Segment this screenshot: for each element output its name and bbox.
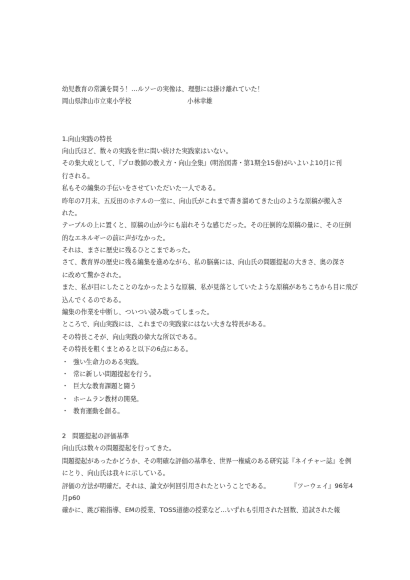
body-line: 的なエネルギーの前に声がなかった。 bbox=[62, 233, 353, 245]
citation-text: 評価の方法が明確だ。それは、論文が何回引用されたということである。 bbox=[62, 481, 270, 493]
bullet-item: 強い生命力のある実践。 bbox=[62, 357, 353, 369]
bullet-item: 常に新しい問題提起を行う。 bbox=[62, 369, 353, 381]
byline: 岡山県津山市立東小学校小林幸雄 bbox=[62, 96, 353, 108]
body-line: その特長を粗くまとめると以下の6点にある。 bbox=[62, 344, 353, 356]
body-line: に改めて驚かされた。 bbox=[62, 270, 353, 282]
byline-author: 小林幸雄 bbox=[187, 98, 212, 105]
citation-ref: 『ツーウェイ』96年4 bbox=[291, 481, 353, 493]
citation-line: 評価の方法が明確だ。それは、論文が何回引用されたということである。『ツーウェイ』… bbox=[62, 481, 353, 493]
section-heading: 1.向山実践の特長 bbox=[62, 134, 353, 146]
body-line: テーブルの上に置くと、原稿の山が今にも崩れそうな感じだった。その圧倒的な原稿の量… bbox=[62, 220, 353, 232]
bullet-item: 巨大な教育課題と闘う bbox=[62, 381, 353, 393]
body-line: 問題提起があったかどうか、その明確な評価の基準を、世界一権威のある研究誌『ネイチ… bbox=[62, 456, 353, 468]
document-title: 幼児教育の常識を問う！…ルソーの実像は、理想には掛け離れていた！ bbox=[62, 84, 353, 96]
body-line: また、私が目にしたことのなかったような原稿、私が見落としていたような原稿があちこ… bbox=[62, 282, 353, 294]
bullet-item: ホームラン教材の開発。 bbox=[62, 394, 353, 406]
body-line: その集大成として、『プロ教師の教え方・向山全集』(明治図書・第1期全15巻)がい… bbox=[62, 158, 353, 170]
body-line: 向山氏ほど、数々の実践を世に問い続けた実践家はいない。 bbox=[62, 146, 353, 158]
section-heading: 2 問題提起の評価基準 bbox=[62, 431, 353, 443]
body-line: 昨年の7月末、五反田のホテルの一室に、向山氏がこれまで書き溜めてきた山のような原… bbox=[62, 196, 353, 208]
blank-line bbox=[62, 121, 353, 133]
body-line: にとり、向山氏は我々に示している。 bbox=[62, 468, 353, 480]
blank-line bbox=[62, 109, 353, 121]
blank-line bbox=[62, 419, 353, 431]
body-line: 込んでくるのである。 bbox=[62, 295, 353, 307]
byline-affiliation: 岡山県津山市立東小学校 bbox=[62, 98, 131, 105]
body-line: 編集の作業を中断し、ついつい読み耽ってしまった。 bbox=[62, 307, 353, 319]
body-line: 確かに、跳び箱指導、EMの授業、TOSS道徳の授業など…いずれも引用された回数、… bbox=[62, 505, 353, 517]
document-page: 幼児教育の常識を問う！…ルソーの実像は、理想には掛け離れていた！岡山県津山市立東… bbox=[0, 0, 410, 580]
body-line: 月p60 bbox=[62, 493, 353, 505]
body-line: 行される。 bbox=[62, 171, 353, 183]
bullet-item: 教育運動を創る。 bbox=[62, 406, 353, 418]
body-line: 私もその編集の手伝いをさせていただいた一人である。 bbox=[62, 183, 353, 195]
body-line: ところで、向山実践には、これまでの実践家にはない大きな特長がある。 bbox=[62, 319, 353, 331]
body-line: れた。 bbox=[62, 208, 353, 220]
body-line: さて、教育界の歴史に残る編集を進めながら、私の脳裏には、向山氏の問題提起の大きさ… bbox=[62, 257, 353, 269]
body-line: それは、まさに歴史に残るひとこまであった。 bbox=[62, 245, 353, 257]
body-line: その特長こそが、向山実践の偉大な所以である。 bbox=[62, 332, 353, 344]
document-text: 幼児教育の常識を問う！…ルソーの実像は、理想には掛け離れていた！岡山県津山市立東… bbox=[62, 84, 353, 518]
body-line: 向山氏は数々の問題提起を行ってきた。 bbox=[62, 443, 353, 455]
